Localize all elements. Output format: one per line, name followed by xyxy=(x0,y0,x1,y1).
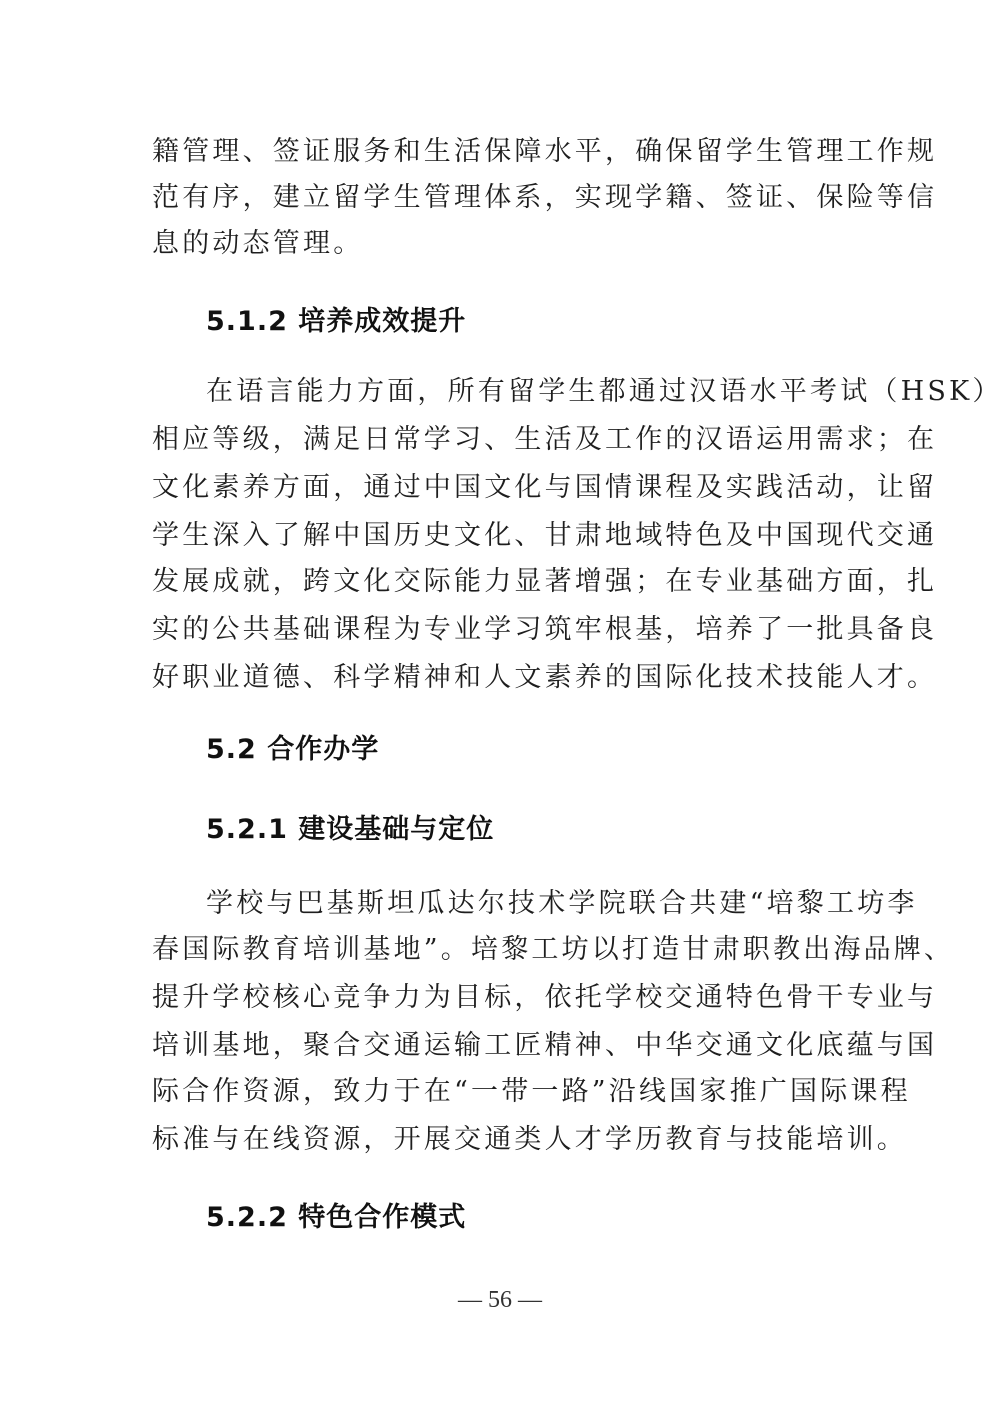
text-line: 培训基地，聚合交通运输工匠精神、中华交通文化底蕴与国 xyxy=(152,1022,852,1070)
text-line: 息的动态管理。 xyxy=(152,220,852,268)
text-line: 籍管理、签证服务和生活保障水平，确保留学生管理工作规 xyxy=(152,128,852,176)
text-line: 范有序，建立留学生管理体系，实现学籍、签证、保险等信 xyxy=(152,174,852,222)
text-line: 学生深入了解中国历史文化、甘肃地域特色及中国现代交通 xyxy=(152,512,852,560)
text-line: 标准与在线资源，开展交通类人才学历教育与技能培训。 xyxy=(152,1116,852,1164)
text-line: 学校与巴基斯坦瓜达尔技术学院联合共建“培黎工坊李 xyxy=(206,880,856,928)
section-heading-5-2-2: 5.2.2 特色合作模式 xyxy=(206,1194,466,1242)
text-line: 发展成就，跨文化交际能力显著增强；在专业基础方面，扎 xyxy=(152,558,852,606)
text-line: 在语言能力方面，所有留学生都通过汉语水平考试（HSK） xyxy=(206,368,856,416)
text-line: 际合作资源，致力于在“一带一路”沿线国家推广国际课程 xyxy=(152,1068,852,1116)
section-heading-5-2: 5.2 合作办学 xyxy=(206,726,379,774)
text-line: 提升学校核心竞争力为目标，依托学校交通特色骨干专业与 xyxy=(152,974,852,1022)
section-heading-5-2-1: 5.2.1 建设基础与定位 xyxy=(206,806,494,854)
text-line: 相应等级，满足日常学习、生活及工作的汉语运用需求；在 xyxy=(152,416,852,464)
page-number: — 56 — xyxy=(0,1280,1000,1320)
text-line: 实的公共基础课程为专业学习筑牢根基，培养了一批具备良 xyxy=(152,606,852,654)
text-line: 文化素养方面，通过中国文化与国情课程及实践活动，让留 xyxy=(152,464,852,512)
text-line: 好职业道德、科学精神和人文素养的国际化技术技能人才。 xyxy=(152,654,852,702)
document-page: 籍管理、签证服务和生活保障水平，确保留学生管理工作规 范有序，建立留学生管理体系… xyxy=(0,0,1000,1415)
section-heading-5-1-2: 5.1.2 培养成效提升 xyxy=(206,298,466,346)
text-line: 春国际教育培训基地”。培黎工坊以打造甘肃职教出海品牌、 xyxy=(152,926,852,974)
